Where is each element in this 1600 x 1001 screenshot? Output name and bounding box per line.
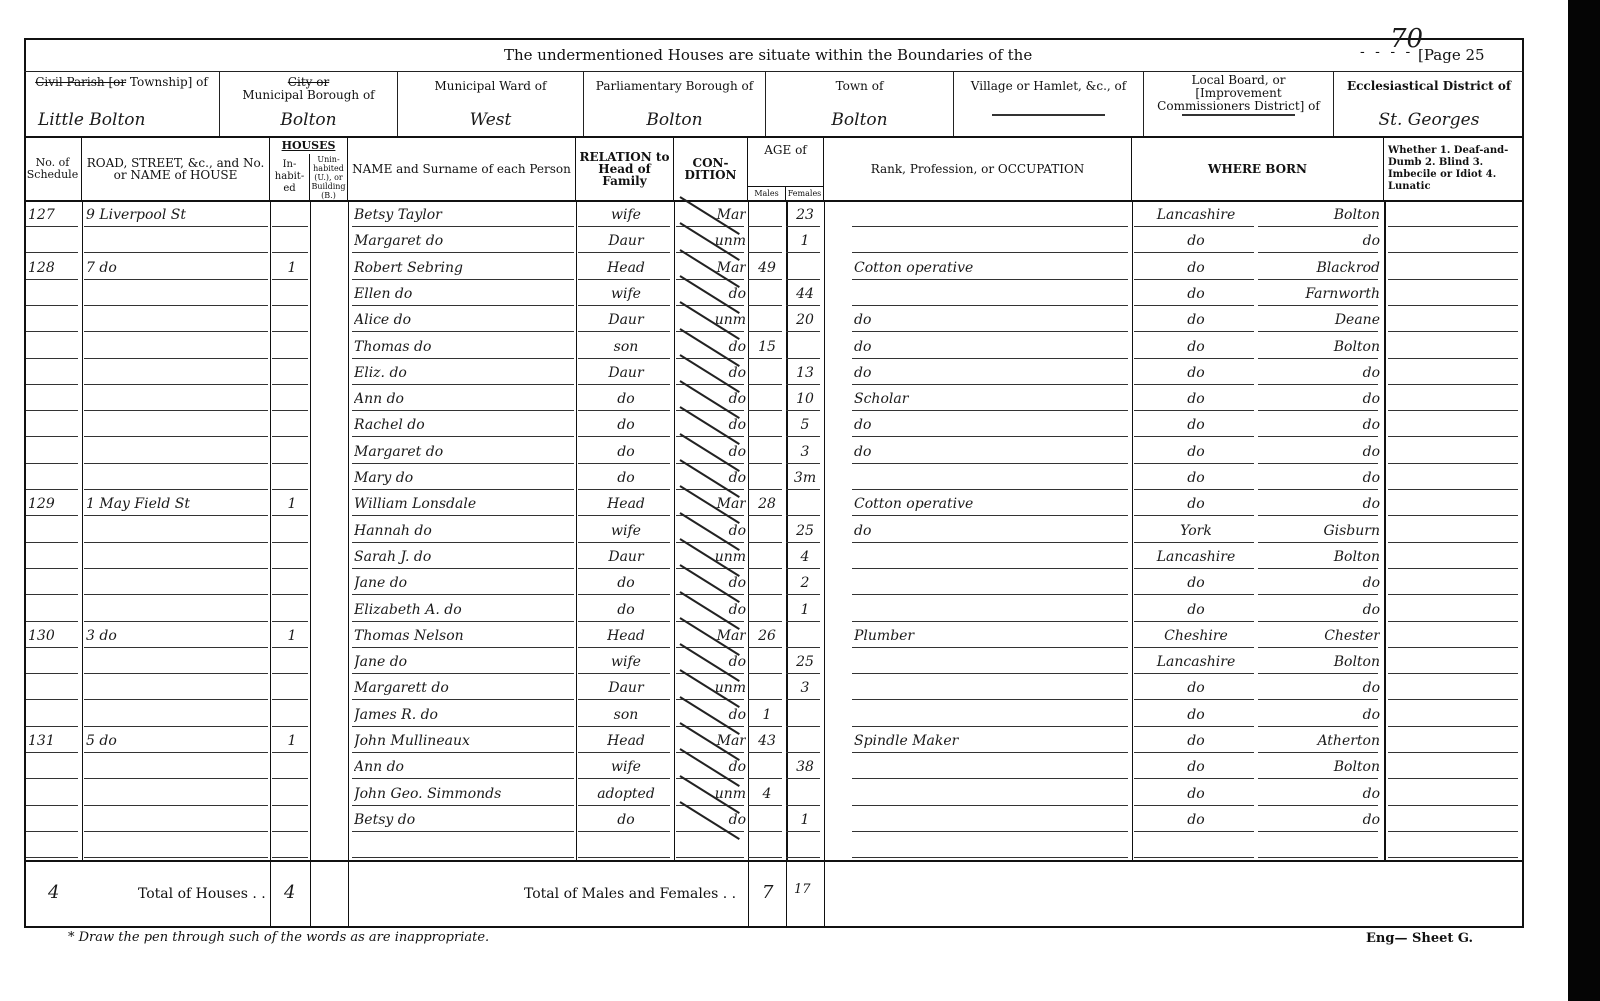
cell-age-female: 10	[788, 386, 822, 412]
cell-born-place: do	[1260, 360, 1380, 386]
cell-name: Mary do	[354, 465, 576, 491]
table-row	[24, 833, 1524, 859]
header-females: Females	[786, 186, 824, 200]
cell-inhabited	[274, 360, 310, 386]
cell-born-place: do	[1260, 465, 1380, 491]
table-row: Thomas dosondo15dodoBolton	[24, 334, 1524, 360]
cell-born-county: do	[1136, 754, 1256, 780]
cell-born-place: do	[1260, 570, 1380, 596]
cell-name: Elizabeth A. do	[354, 597, 576, 623]
cell-relation: Daur	[580, 675, 672, 701]
header-males: Males	[748, 186, 786, 200]
cell-inhabited: 1	[274, 728, 310, 754]
cell-schedule	[28, 544, 80, 570]
blank-dash	[1182, 114, 1295, 116]
cell-name: Betsy Taylor	[354, 202, 576, 228]
cell-age-female: 25	[788, 518, 822, 544]
cell-schedule	[28, 334, 80, 360]
cell-inhabited	[274, 281, 310, 307]
cell-name: Betsy do	[354, 807, 576, 833]
cell-name: John Mullineaux	[354, 728, 576, 754]
cell-occupation: do	[854, 307, 1130, 333]
header-where-born: WHERE BORN	[1132, 138, 1384, 200]
cell-occupation: Cotton operative	[854, 491, 1130, 517]
cell-born-place: Bolton	[1260, 649, 1380, 675]
cell-born-county: do	[1136, 334, 1256, 360]
cell-relation: Head	[580, 728, 672, 754]
cell-age-female: 3	[788, 439, 822, 465]
cell-age-male: 43	[750, 728, 784, 754]
cell-age-female: 25	[788, 649, 822, 675]
cell-condition: do	[678, 702, 746, 728]
cell-inhabited	[274, 228, 310, 254]
cell-name: Margaret do	[354, 228, 576, 254]
locality-value: Bolton	[584, 110, 765, 130]
header-name: NAME and Surname of each Person	[348, 138, 576, 200]
cell-inhabited	[274, 544, 310, 570]
cell-schedule: 128	[28, 255, 80, 281]
cell-born-county: Cheshire	[1136, 623, 1256, 649]
cell-born-county: do	[1136, 781, 1256, 807]
cell-age-male	[750, 675, 784, 701]
cell-schedule	[28, 675, 80, 701]
cell-born-place: Deane	[1260, 307, 1380, 333]
cell-schedule	[28, 781, 80, 807]
cell-age-female: 3	[788, 675, 822, 701]
cell-condition: do	[678, 597, 746, 623]
cell-born-county: do	[1136, 465, 1256, 491]
cell-condition: Mar	[678, 623, 746, 649]
cell-schedule	[28, 597, 80, 623]
total-schedules: 4	[48, 882, 59, 903]
cell-name: Rachel do	[354, 412, 576, 438]
locality-ecclesiastical-district: Ecclesiastical District of St. Georges	[1334, 72, 1524, 136]
cell-name: Margarett do	[354, 675, 576, 701]
cell-age-male: 15	[750, 334, 784, 360]
locality-value: West	[398, 110, 583, 130]
cell-occupation	[854, 544, 1130, 570]
footnote: * Draw the pen through such of the words…	[68, 930, 489, 945]
table-row: John Geo. Simmondsadoptedunm4dodo	[24, 781, 1524, 807]
cell-name: Eliz. do	[354, 360, 576, 386]
cell-address	[86, 833, 270, 859]
cell-born-county: do	[1136, 281, 1256, 307]
cell-occupation	[854, 570, 1130, 596]
cell-occupation: do	[854, 334, 1130, 360]
cell-name: Robert Sebring	[354, 255, 576, 281]
cell-born-county: Lancashire	[1136, 202, 1256, 228]
cell-born-place: do	[1260, 386, 1380, 412]
cell-name: Jane do	[354, 649, 576, 675]
cell-inhabited	[274, 702, 310, 728]
cell-age-male	[750, 281, 784, 307]
cell-age-male	[750, 833, 784, 859]
scan-edge	[1568, 0, 1600, 1001]
cell-born-place: Blackrod	[1260, 255, 1380, 281]
cell-address	[86, 675, 270, 701]
cell-name: Ellen do	[354, 281, 576, 307]
header-schedule: No. of Schedule	[24, 138, 82, 200]
cell-age-male: 28	[750, 491, 784, 517]
cell-born-place	[1260, 833, 1380, 859]
cell-born-county: do	[1136, 570, 1256, 596]
cell-inhabited: 1	[274, 623, 310, 649]
cell-relation: Head	[580, 623, 672, 649]
cell-age-female: 38	[788, 754, 822, 780]
cell-age-male	[750, 228, 784, 254]
cell-schedule	[28, 281, 80, 307]
cell-relation: do	[580, 412, 672, 438]
cell-address	[86, 807, 270, 833]
locality-municipal-borough: City orMunicipal Borough of Bolton	[220, 72, 398, 136]
cell-born-county: do	[1136, 728, 1256, 754]
cell-relation: do	[580, 439, 672, 465]
cell-age-male: 1	[750, 702, 784, 728]
locality-town: Town of Bolton	[766, 72, 954, 136]
cell-age-female: 2	[788, 570, 822, 596]
header-inhabited: In-habit-ed	[270, 154, 310, 200]
cell-relation: Daur	[580, 228, 672, 254]
table-row: 1291 May Field St1William LonsdaleHeadMa…	[24, 491, 1524, 517]
cell-schedule	[28, 386, 80, 412]
cell-age-female	[788, 623, 822, 649]
cell-born-county: do	[1136, 702, 1256, 728]
cell-born-place: do	[1260, 439, 1380, 465]
cell-relation: do	[580, 386, 672, 412]
cell-schedule	[28, 360, 80, 386]
cell-born-place: Bolton	[1260, 544, 1380, 570]
cell-born-place: Bolton	[1260, 754, 1380, 780]
cell-schedule: 130	[28, 623, 80, 649]
cell-age-male	[750, 518, 784, 544]
cell-age-female	[788, 491, 822, 517]
table-row: Rachel dododo5dododo	[24, 412, 1524, 438]
cell-age-male	[750, 307, 784, 333]
table-row: Margaret dododo3dododo	[24, 439, 1524, 465]
cell-born-county: Lancashire	[1136, 649, 1256, 675]
cell-age-male: 4	[750, 781, 784, 807]
cell-age-female: 20	[788, 307, 822, 333]
cell-address	[86, 781, 270, 807]
table-row: Hannah dowifedo25doYorkGisburn	[24, 518, 1524, 544]
cell-inhabited	[274, 334, 310, 360]
cell-address	[86, 439, 270, 465]
locality-value: Bolton	[220, 110, 397, 130]
cell-address	[86, 360, 270, 386]
table-row: 1315 do1John MullineauxHeadMar43Spindle …	[24, 728, 1524, 754]
table-row: Betsy dododo1dodo	[24, 807, 1524, 833]
cell-condition: do	[678, 518, 746, 544]
locality-value: Little Bolton	[24, 110, 219, 130]
cell-age-male: 49	[750, 255, 784, 281]
cell-relation: do	[580, 570, 672, 596]
cell-relation: Head	[580, 255, 672, 281]
cell-age-male	[750, 570, 784, 596]
page-label: [Page 25	[1418, 46, 1485, 64]
cell-age-female	[788, 781, 822, 807]
cell-occupation: Scholar	[854, 386, 1130, 412]
cell-address	[86, 649, 270, 675]
cell-born-county: do	[1136, 412, 1256, 438]
cell-relation: son	[580, 702, 672, 728]
cell-address	[86, 465, 270, 491]
cell-address	[86, 570, 270, 596]
locality-row: Civil Parish [or Township] of Little Bol…	[24, 72, 1524, 138]
cell-address: 5 do	[86, 728, 270, 754]
cell-address	[86, 412, 270, 438]
cell-born-place: do	[1260, 702, 1380, 728]
cell-age-female	[788, 833, 822, 859]
cell-born-county: do	[1136, 675, 1256, 701]
total-persons-label: Total of Males and Females . .	[524, 886, 736, 902]
cell-age-male	[750, 202, 784, 228]
cell-address	[86, 228, 270, 254]
table-row: Sarah J. doDaurunm4LancashireBolton	[24, 544, 1524, 570]
table-row: Jane dowifedo25LancashireBolton	[24, 649, 1524, 675]
cell-occupation: Spindle Maker	[854, 728, 1130, 754]
cell-inhabited	[274, 412, 310, 438]
cell-relation: Daur	[580, 360, 672, 386]
cell-age-male	[750, 439, 784, 465]
cell-born-place: do	[1260, 675, 1380, 701]
cell-schedule	[28, 649, 80, 675]
cell-condition: Mar	[678, 255, 746, 281]
cell-occupation	[854, 649, 1130, 675]
cell-occupation: do	[854, 439, 1130, 465]
cell-name: James R. do	[354, 702, 576, 728]
cell-address	[86, 702, 270, 728]
cell-inhabited	[274, 465, 310, 491]
cell-age-male	[750, 807, 784, 833]
cell-age-female: 23	[788, 202, 822, 228]
cell-inhabited	[274, 439, 310, 465]
cell-relation: wife	[580, 281, 672, 307]
total-inhabited: 4	[284, 882, 295, 903]
cell-inhabited	[274, 307, 310, 333]
cell-age-male	[750, 412, 784, 438]
cell-inhabited	[274, 754, 310, 780]
cell-address	[86, 518, 270, 544]
cell-inhabited	[274, 202, 310, 228]
cell-condition: do	[678, 360, 746, 386]
cell-inhabited	[274, 570, 310, 596]
cell-occupation	[854, 754, 1130, 780]
cell-occupation	[854, 465, 1130, 491]
total-females: 17	[794, 882, 811, 897]
cell-age-female: 5	[788, 412, 822, 438]
cell-born-county: do	[1136, 307, 1256, 333]
cell-inhabited: 1	[274, 491, 310, 517]
cell-schedule	[28, 754, 80, 780]
table-row: James R. dosondo1dodo	[24, 702, 1524, 728]
cell-inhabited	[274, 597, 310, 623]
cell-schedule	[28, 807, 80, 833]
cell-inhabited	[274, 675, 310, 701]
cell-relation: do	[580, 807, 672, 833]
cell-age-male	[750, 649, 784, 675]
cell-inhabited	[274, 807, 310, 833]
cell-relation: adopted	[580, 781, 672, 807]
cell-born-place: Farnworth	[1260, 281, 1380, 307]
cell-age-female: 1	[788, 807, 822, 833]
cell-address: 1 May Field St	[86, 491, 270, 517]
locality-civil-parish: Civil Parish [or Township] of Little Bol…	[24, 72, 220, 136]
cell-condition: do	[678, 439, 746, 465]
cell-address	[86, 334, 270, 360]
cell-relation: wife	[580, 754, 672, 780]
table-row: Jane dododo2dodo	[24, 570, 1524, 596]
locality-parliamentary-borough: Parliamentary Borough of Bolton	[584, 72, 766, 136]
cell-relation: Daur	[580, 307, 672, 333]
cell-schedule	[28, 307, 80, 333]
cell-born-place: do	[1260, 491, 1380, 517]
cell-relation: do	[580, 465, 672, 491]
cell-schedule	[28, 465, 80, 491]
locality-local-board: Local Board, or [Improvement Commissione…	[1144, 72, 1334, 136]
cell-born-place: do	[1260, 597, 1380, 623]
header-condition: CON-DITION	[674, 138, 748, 200]
cell-age-male	[750, 386, 784, 412]
cell-relation: do	[580, 597, 672, 623]
title-strip: The undermentioned Houses are situate wi…	[24, 38, 1524, 72]
cell-age-female	[788, 728, 822, 754]
cell-age-male	[750, 360, 784, 386]
cell-age-male	[750, 597, 784, 623]
table-row: Elizabeth A. dododo1dodo	[24, 597, 1524, 623]
cell-address	[86, 544, 270, 570]
cell-schedule: 131	[28, 728, 80, 754]
cell-age-female: 44	[788, 281, 822, 307]
cell-schedule	[28, 833, 80, 859]
cell-age-male	[750, 544, 784, 570]
table-row: Margaret doDaurunm1dodo	[24, 228, 1524, 254]
cell-occupation: Plumber	[854, 623, 1130, 649]
cell-born-county: do	[1136, 386, 1256, 412]
cell-name: Margaret do	[354, 439, 576, 465]
cell-inhabited	[274, 386, 310, 412]
table-row: 1303 do1Thomas NelsonHeadMar26PlumberChe…	[24, 623, 1524, 649]
cell-schedule	[28, 570, 80, 596]
cell-occupation	[854, 702, 1130, 728]
locality-municipal-ward: Municipal Ward of West	[398, 72, 584, 136]
cell-condition: do	[678, 334, 746, 360]
cell-relation: son	[580, 334, 672, 360]
total-houses-label: Total of Houses . .	[138, 886, 266, 902]
cell-born-county	[1136, 833, 1256, 859]
cell-born-place: Chester	[1260, 623, 1380, 649]
cell-schedule	[28, 702, 80, 728]
cell-occupation: do	[854, 518, 1130, 544]
cell-schedule	[28, 439, 80, 465]
cell-occupation: do	[854, 412, 1130, 438]
table-row: Eliz. doDaurdo13dododo	[24, 360, 1524, 386]
cell-occupation	[854, 807, 1130, 833]
cell-born-place: do	[1260, 807, 1380, 833]
cell-schedule: 127	[28, 202, 80, 228]
cell-name: John Geo. Simmonds	[354, 781, 576, 807]
cell-condition: unm	[678, 781, 746, 807]
cell-schedule	[28, 518, 80, 544]
cell-occupation: Cotton operative	[854, 255, 1130, 281]
cell-address: 7 do	[86, 255, 270, 281]
locality-value: Bolton	[766, 110, 953, 130]
locality-village: Village or Hamlet, &c., of	[954, 72, 1144, 136]
cell-relation: wife	[580, 518, 672, 544]
cell-name	[354, 833, 576, 859]
header-address: ROAD, STREET, &c., and No. or NAME of HO…	[82, 138, 270, 200]
document-title: The undermentioned Houses are situate wi…	[504, 46, 1032, 64]
table-row: Ann dododo10Scholardodo	[24, 386, 1524, 412]
table-row: Mary dododo3mdodo	[24, 465, 1524, 491]
cell-age-female: 4	[788, 544, 822, 570]
table-row: 1279 Liverpool StBetsy TaylorwifeMar23La…	[24, 202, 1524, 228]
header-uninhabited: Unin-habited (U.), or Building (B.)	[310, 154, 348, 200]
cell-schedule	[28, 412, 80, 438]
locality-value: St. Georges	[1334, 110, 1524, 130]
cell-age-female	[788, 702, 822, 728]
cell-relation: Head	[580, 491, 672, 517]
cell-occupation: do	[854, 360, 1130, 386]
cell-born-county: do	[1136, 360, 1256, 386]
cell-born-county: Lancashire	[1136, 544, 1256, 570]
cell-born-place: Gisburn	[1260, 518, 1380, 544]
table-row: Ann dowifedo38doBolton	[24, 754, 1524, 780]
cell-born-place: do	[1260, 412, 1380, 438]
cell-name: William Lonsdale	[354, 491, 576, 517]
cell-age-female: 1	[788, 228, 822, 254]
cell-occupation	[854, 597, 1130, 623]
table-row: Alice doDaurunm20dodoDeane	[24, 307, 1524, 333]
cell-occupation	[854, 202, 1130, 228]
table-row: Margarett doDaurunm3dodo	[24, 675, 1524, 701]
cell-relation: wife	[580, 202, 672, 228]
cell-age-female: 3m	[788, 465, 822, 491]
table-row: Ellen dowifedo44doFarnworth	[24, 281, 1524, 307]
cell-address: 9 Liverpool St	[86, 202, 270, 228]
header-infirmity: Whether 1. Deaf-and-Dumb 2. Blind 3. Imb…	[1384, 138, 1524, 200]
cell-born-county: do	[1136, 807, 1256, 833]
cell-schedule: 129	[28, 491, 80, 517]
cell-condition	[678, 833, 746, 859]
cell-name: Thomas Nelson	[354, 623, 576, 649]
sheet-code: Eng— Sheet G.	[1366, 931, 1473, 946]
cell-relation: Daur	[580, 544, 672, 570]
cell-inhabited	[274, 518, 310, 544]
cell-age-male: 26	[750, 623, 784, 649]
cell-address	[86, 597, 270, 623]
cell-born-county: do	[1136, 491, 1256, 517]
cell-born-place: Atherton	[1260, 728, 1380, 754]
cell-born-place: do	[1260, 781, 1380, 807]
cell-born-county: do	[1136, 255, 1256, 281]
cell-schedule	[28, 228, 80, 254]
cell-age-male	[750, 465, 784, 491]
cell-relation	[580, 833, 672, 859]
cell-address	[86, 281, 270, 307]
total-males: 7	[762, 882, 773, 903]
cell-relation: wife	[580, 649, 672, 675]
cell-name: Hannah do	[354, 518, 576, 544]
cell-address	[86, 754, 270, 780]
cell-name: Sarah J. do	[354, 544, 576, 570]
cell-age-female	[788, 334, 822, 360]
cell-name: Jane do	[354, 570, 576, 596]
cell-occupation	[854, 281, 1130, 307]
totals-row: 4 Total of Houses . . 4 Total of Males a…	[24, 860, 1524, 928]
cell-occupation	[854, 781, 1130, 807]
cell-age-male	[750, 754, 784, 780]
cell-name: Thomas do	[354, 334, 576, 360]
